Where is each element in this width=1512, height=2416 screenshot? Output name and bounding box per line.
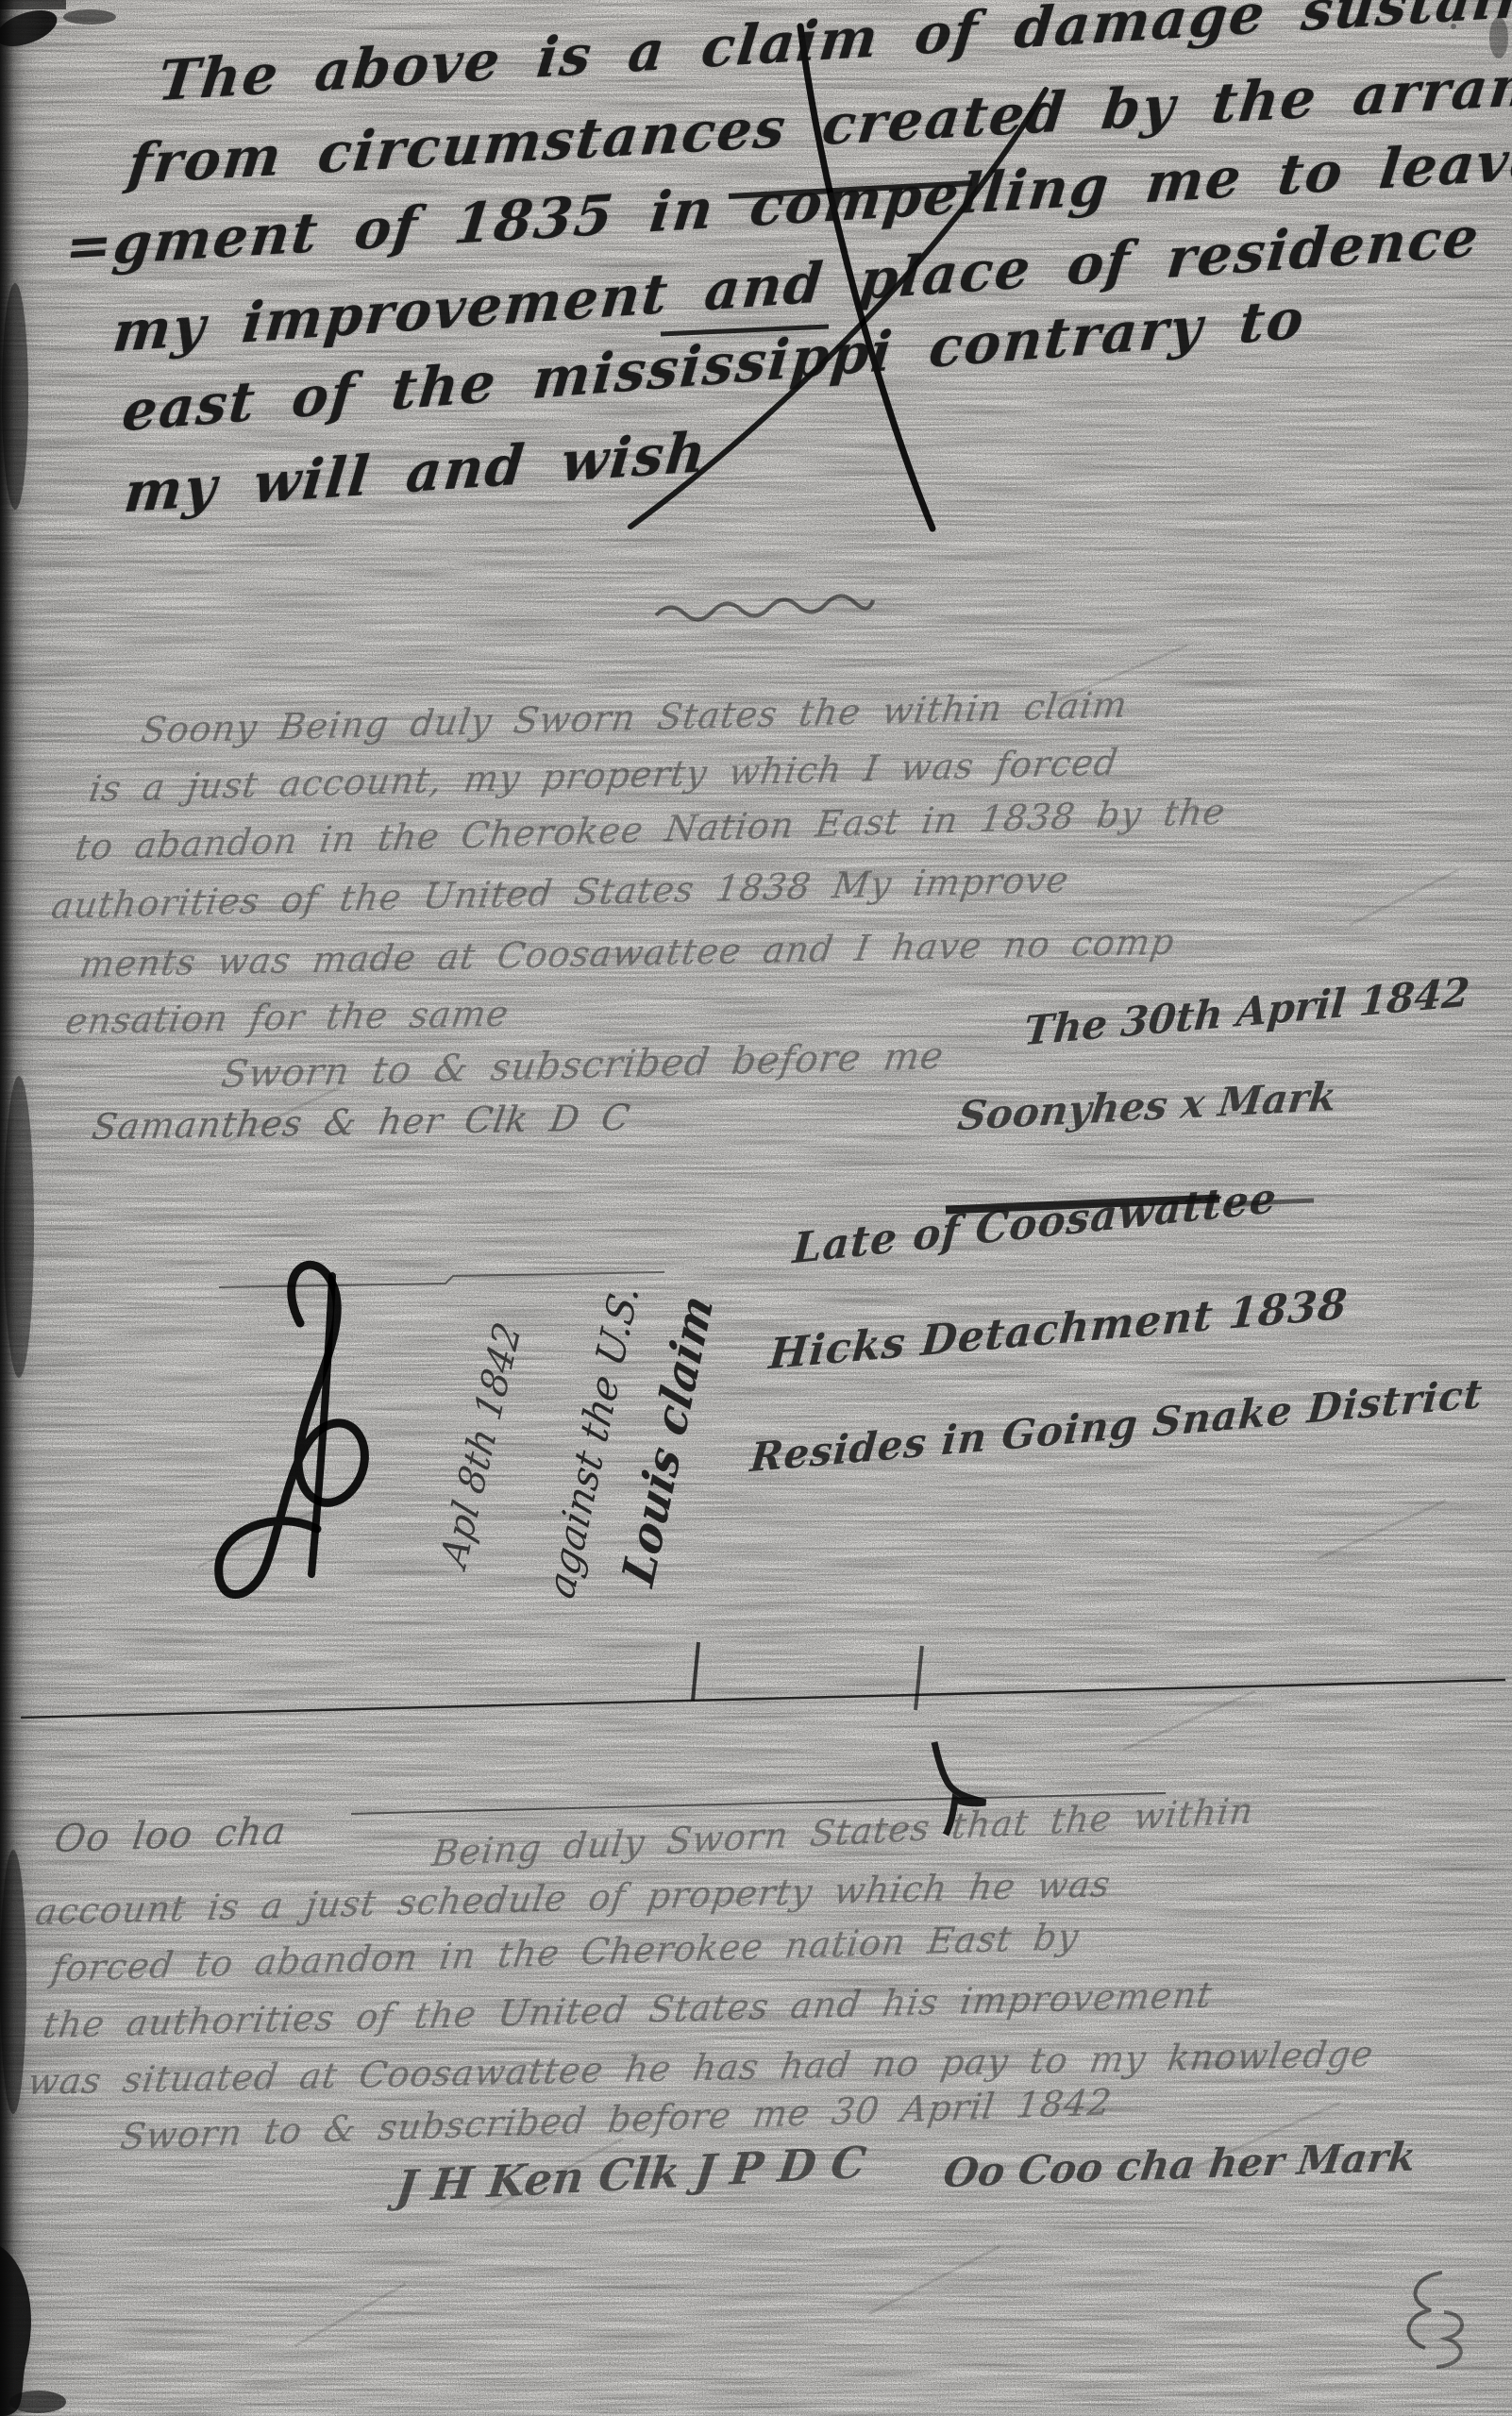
scan-page: The above is a claim of damage sustaind … (0, 0, 1512, 2416)
affidavit1-line: ensation for the same (63, 993, 512, 1042)
pen-curl (1408, 2273, 1442, 2348)
pen-tick (916, 1646, 922, 1710)
scratch-line (219, 1272, 664, 1287)
pen-tick (693, 1642, 698, 1701)
pen-curl (1436, 2312, 1462, 2367)
affidavit2-claimant: Oo loo cha (52, 1809, 290, 1861)
scratch-line (21, 1680, 1505, 1718)
ink-smear (656, 596, 873, 619)
